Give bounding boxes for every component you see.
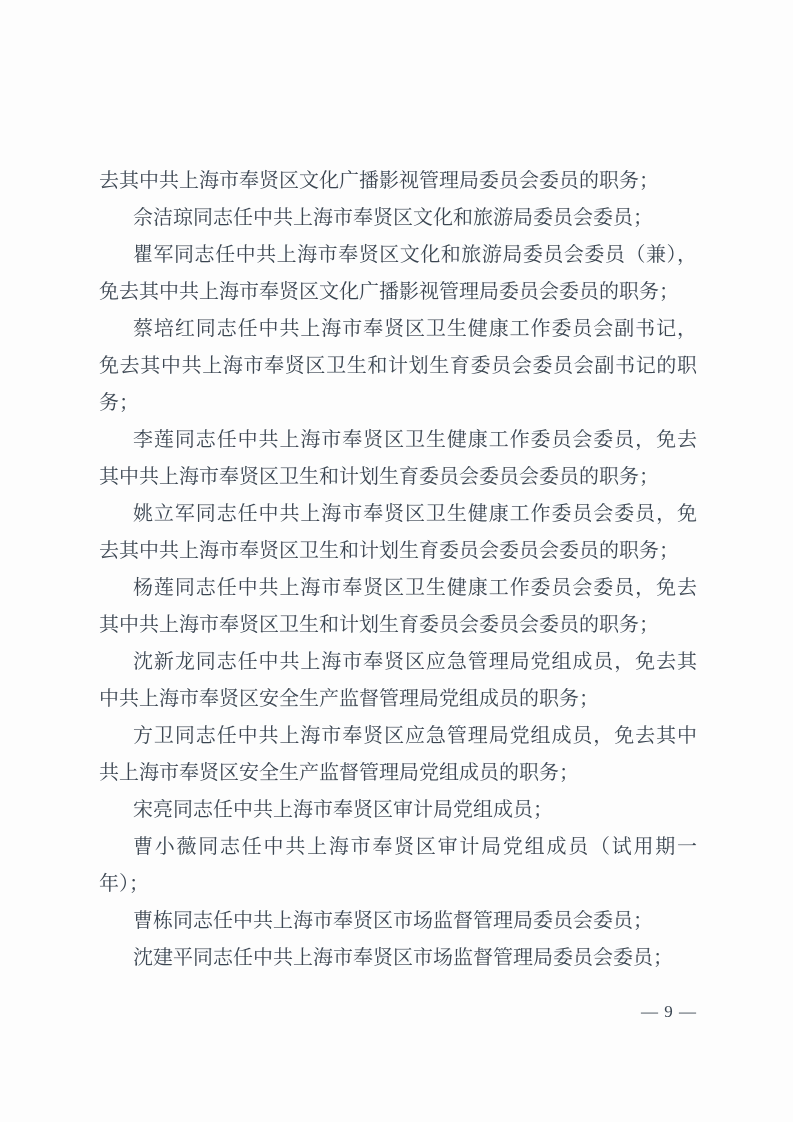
document-line: 杨莲同志任中共上海市奉贤区卫生健康工作委员会委员，免去	[99, 570, 697, 607]
document-line: 去其中共上海市奉贤区卫生和计划生育委员会委员会委员的职务；	[99, 533, 697, 570]
line-text: 免去其中共上海市奉贤区卫生和计划生育委员会委员会副书记的职	[99, 355, 697, 377]
line-text: 杨莲同志任中共上海市奉贤区卫生健康工作委员会委员，免去	[133, 577, 697, 599]
document-line: 瞿军同志任中共上海市奉贤区文化和旅游局委员会委员（兼），	[99, 237, 697, 274]
line-text: 曹小薇同志任中共上海市奉贤区审计局党组成员（试用期一	[133, 836, 697, 858]
document-line: 其中共上海市奉贤区卫生和计划生育委员会委员会委员的职务；	[99, 607, 697, 644]
line-text: 去其中共上海市奉贤区文化广播影视管理局委员会委员的职务；	[99, 170, 659, 192]
line-text: 佘洁琼同志任中共上海市奉贤区文化和旅游局委员会委员；	[133, 207, 653, 229]
page-number: — 9 —	[577, 1000, 697, 1024]
line-text: 方卫同志任中共上海市奉贤区应急管理局党组成员，免去其中	[133, 725, 697, 747]
document-line: 曹栋同志任中共上海市奉贤区市场监督管理局委员会委员；	[99, 903, 697, 940]
document-line: 免去其中共上海市奉贤区卫生和计划生育委员会委员会副书记的职	[99, 348, 697, 385]
document-line: 曹小薇同志任中共上海市奉贤区审计局党组成员（试用期一	[99, 829, 697, 866]
line-text: 去其中共上海市奉贤区卫生和计划生育委员会委员会委员的职务；	[99, 540, 679, 562]
line-text: 其中共上海市奉贤区卫生和计划生育委员会委员会委员的职务；	[99, 614, 659, 636]
document-line: 务；	[99, 385, 697, 422]
line-text: 李莲同志任中共上海市奉贤区卫生健康工作委员会委员，免去	[133, 429, 697, 451]
document-line: 中共上海市奉贤区安全生产监督管理局党组成员的职务；	[99, 681, 697, 718]
line-text: 务；	[99, 392, 139, 414]
document-line: 李莲同志任中共上海市奉贤区卫生健康工作委员会委员，免去	[99, 422, 697, 459]
line-text: 姚立军同志任中共上海市奉贤区卫生健康工作委员会委员，免	[133, 503, 697, 525]
line-text: 沈建平同志任中共上海市奉贤区市场监督管理局委员会委员；	[133, 947, 673, 969]
document-line: 共上海市奉贤区安全生产监督管理局党组成员的职务；	[99, 755, 697, 792]
document-line: 蔡培红同志任中共上海市奉贤区卫生健康工作委员会副书记，	[99, 311, 697, 348]
document-line: 沈建平同志任中共上海市奉贤区市场监督管理局委员会委员；	[99, 940, 697, 977]
document-line: 佘洁琼同志任中共上海市奉贤区文化和旅游局委员会委员；	[99, 200, 697, 237]
document-line: 姚立军同志任中共上海市奉贤区卫生健康工作委员会委员，免	[99, 496, 697, 533]
line-text: 共上海市奉贤区安全生产监督管理局党组成员的职务；	[99, 762, 579, 784]
line-text: 免去其中共上海市奉贤区文化广播影视管理局委员会委员的职务；	[99, 281, 679, 303]
line-text: 瞿军同志任中共上海市奉贤区文化和旅游局委员会委员（兼），	[133, 244, 697, 266]
document-line: 免去其中共上海市奉贤区文化广播影视管理局委员会委员的职务；	[99, 274, 697, 311]
document-line: 宋亮同志任中共上海市奉贤区审计局党组成员；	[99, 792, 697, 829]
line-text: 蔡培红同志任中共上海市奉贤区卫生健康工作委员会副书记，	[133, 318, 697, 340]
line-text: 其中共上海市奉贤区卫生和计划生育委员会委员会委员的职务；	[99, 466, 659, 488]
document-line: 去其中共上海市奉贤区文化广播影视管理局委员会委员的职务；	[99, 163, 697, 200]
document-page: 去其中共上海市奉贤区文化广播影视管理局委员会委员的职务； 佘洁琼同志任中共上海市…	[0, 0, 793, 1122]
line-text: 曹栋同志任中共上海市奉贤区市场监督管理局委员会委员；	[133, 910, 653, 932]
document-line: 年）；	[99, 866, 697, 903]
document-line: 其中共上海市奉贤区卫生和计划生育委员会委员会委员的职务；	[99, 459, 697, 496]
line-text: 年）；	[99, 873, 149, 895]
document-body: 去其中共上海市奉贤区文化广播影视管理局委员会委员的职务； 佘洁琼同志任中共上海市…	[99, 163, 697, 977]
line-text: 中共上海市奉贤区安全生产监督管理局党组成员的职务；	[99, 688, 599, 710]
document-line: 沈新龙同志任中共上海市奉贤区应急管理局党组成员，免去其	[99, 644, 697, 681]
document-line: 方卫同志任中共上海市奉贤区应急管理局党组成员，免去其中	[99, 718, 697, 755]
line-text: 沈新龙同志任中共上海市奉贤区应急管理局党组成员，免去其	[133, 651, 697, 673]
line-text: 宋亮同志任中共上海市奉贤区审计局党组成员；	[133, 799, 553, 821]
